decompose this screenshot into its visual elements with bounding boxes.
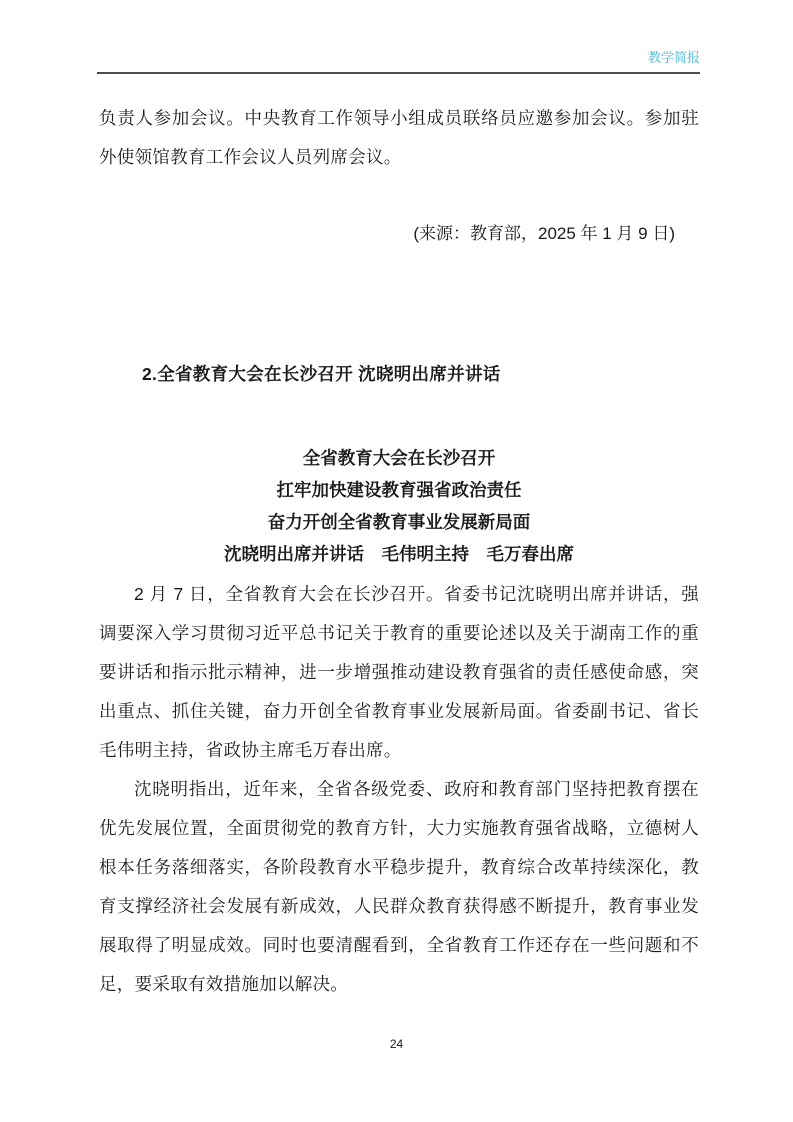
- section-heading: 2.全省教育大会在长沙召开 沈晓明出席并讲话: [99, 355, 699, 394]
- article-paragraph: 沈晓明指出，近年来，全省各级党委、政府和教育部门坚持把教育摆在优先发展位置，全面…: [99, 770, 699, 1004]
- article-paragraph: 2 月 7 日，全省教育大会在长沙召开。省委书记沈晓明出席并讲话，强调要深入学习…: [99, 575, 699, 770]
- page-content: 负责人参加会议。中央教育工作领导小组成员联络员应邀参加会议。参加驻外使领馆教育工…: [99, 99, 699, 1004]
- article-title-line: 沈晓明出席并讲话 毛伟明主持 毛万春出席: [99, 538, 699, 570]
- article-title-line: 全省教育大会在长沙召开: [99, 442, 699, 474]
- article-title-block: 全省教育大会在长沙召开 扛牢加快建设教育强省政治责任 奋力开创全省教育事业发展新…: [99, 442, 699, 570]
- source-attribution: (来源：教育部，2025 年 1 月 9 日): [99, 214, 699, 253]
- page-number: 24: [0, 1036, 793, 1052]
- article-body: 2 月 7 日，全省教育大会在长沙召开。省委书记沈晓明出席并讲话，强调要深入学习…: [99, 575, 699, 1004]
- header-title: 教学简报: [648, 50, 700, 65]
- article-title-line: 奋力开创全省教育事业发展新局面: [99, 506, 699, 538]
- article-title-line: 扛牢加快建设教育强省政治责任: [99, 474, 699, 506]
- document-page: 教学简报 负责人参加会议。中央教育工作领导小组成员联络员应邀参加会议。参加驻外使…: [0, 0, 793, 1122]
- page-header: 教学简报: [97, 48, 700, 74]
- continuation-paragraph: 负责人参加会议。中央教育工作领导小组成员联络员应邀参加会议。参加驻外使领馆教育工…: [99, 99, 699, 177]
